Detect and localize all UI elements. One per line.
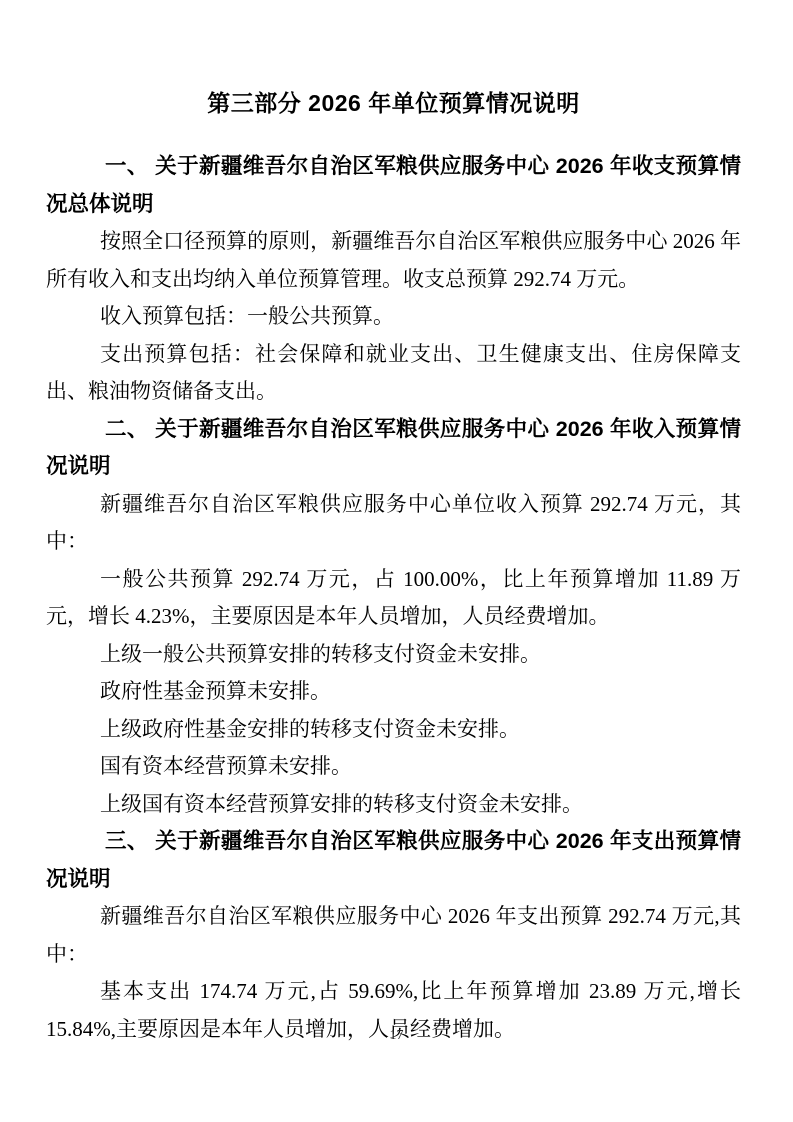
section-heading-expenditure: 三、 关于新疆维吾尔自治区军粮供应服务中心 2026 年支出预算情况说明 — [46, 823, 741, 898]
paragraph: 按照全口径预算的原则，新疆维吾尔自治区军粮供应服务中心 2026 年所有收入和支… — [46, 223, 741, 298]
paragraph: 上级一般公共预算安排的转移支付资金未安排。 — [46, 636, 741, 674]
paragraph: 新疆维吾尔自治区军粮供应服务中心单位收入预算 292.74 万元，其中： — [46, 486, 741, 561]
section-heading-overview: 一、 关于新疆维吾尔自治区军粮供应服务中心 2026 年收支预算情况总体说明 — [46, 148, 741, 223]
paragraph: 上级国有资本经营预算安排的转移支付资金未安排。 — [46, 786, 741, 824]
section-overview: 一、 关于新疆维吾尔自治区军粮供应服务中心 2026 年收支预算情况总体说明 按… — [46, 148, 741, 411]
section-heading-revenue: 二、 关于新疆维吾尔自治区军粮供应服务中心 2026 年收入预算情况说明 — [46, 411, 741, 486]
section-expenditure: 三、 关于新疆维吾尔自治区军粮供应服务中心 2026 年支出预算情况说明 新疆维… — [46, 823, 741, 1048]
paragraph: 政府性基金预算未安排。 — [46, 673, 741, 711]
document-content: 第三部分 2026 年单位预算情况说明 一、 关于新疆维吾尔自治区军粮供应服务中… — [0, 0, 793, 1048]
page-number: 17 — [0, 1028, 793, 1044]
paragraph: 国有资本经营预算未安排。 — [46, 748, 741, 786]
paragraph: 新疆维吾尔自治区军粮供应服务中心 2026 年支出预算 292.74 万元,其中… — [46, 898, 741, 973]
page-title: 第三部分 2026 年单位预算情况说明 — [46, 88, 741, 118]
paragraph: 一般公共预算 292.74 万元，占 100.00%，比上年预算增加 11.89… — [46, 561, 741, 636]
paragraph: 收入预算包括：一般公共预算。 — [46, 298, 741, 336]
paragraph: 支出预算包括：社会保障和就业支出、卫生健康支出、住房保障支出、粮油物资储备支出。 — [46, 336, 741, 411]
paragraph: 上级政府性基金安排的转移支付资金未安排。 — [46, 711, 741, 749]
section-revenue: 二、 关于新疆维吾尔自治区军粮供应服务中心 2026 年收入预算情况说明 新疆维… — [46, 411, 741, 824]
document-page: 第三部分 2026 年单位预算情况说明 一、 关于新疆维吾尔自治区军粮供应服务中… — [0, 0, 793, 1122]
